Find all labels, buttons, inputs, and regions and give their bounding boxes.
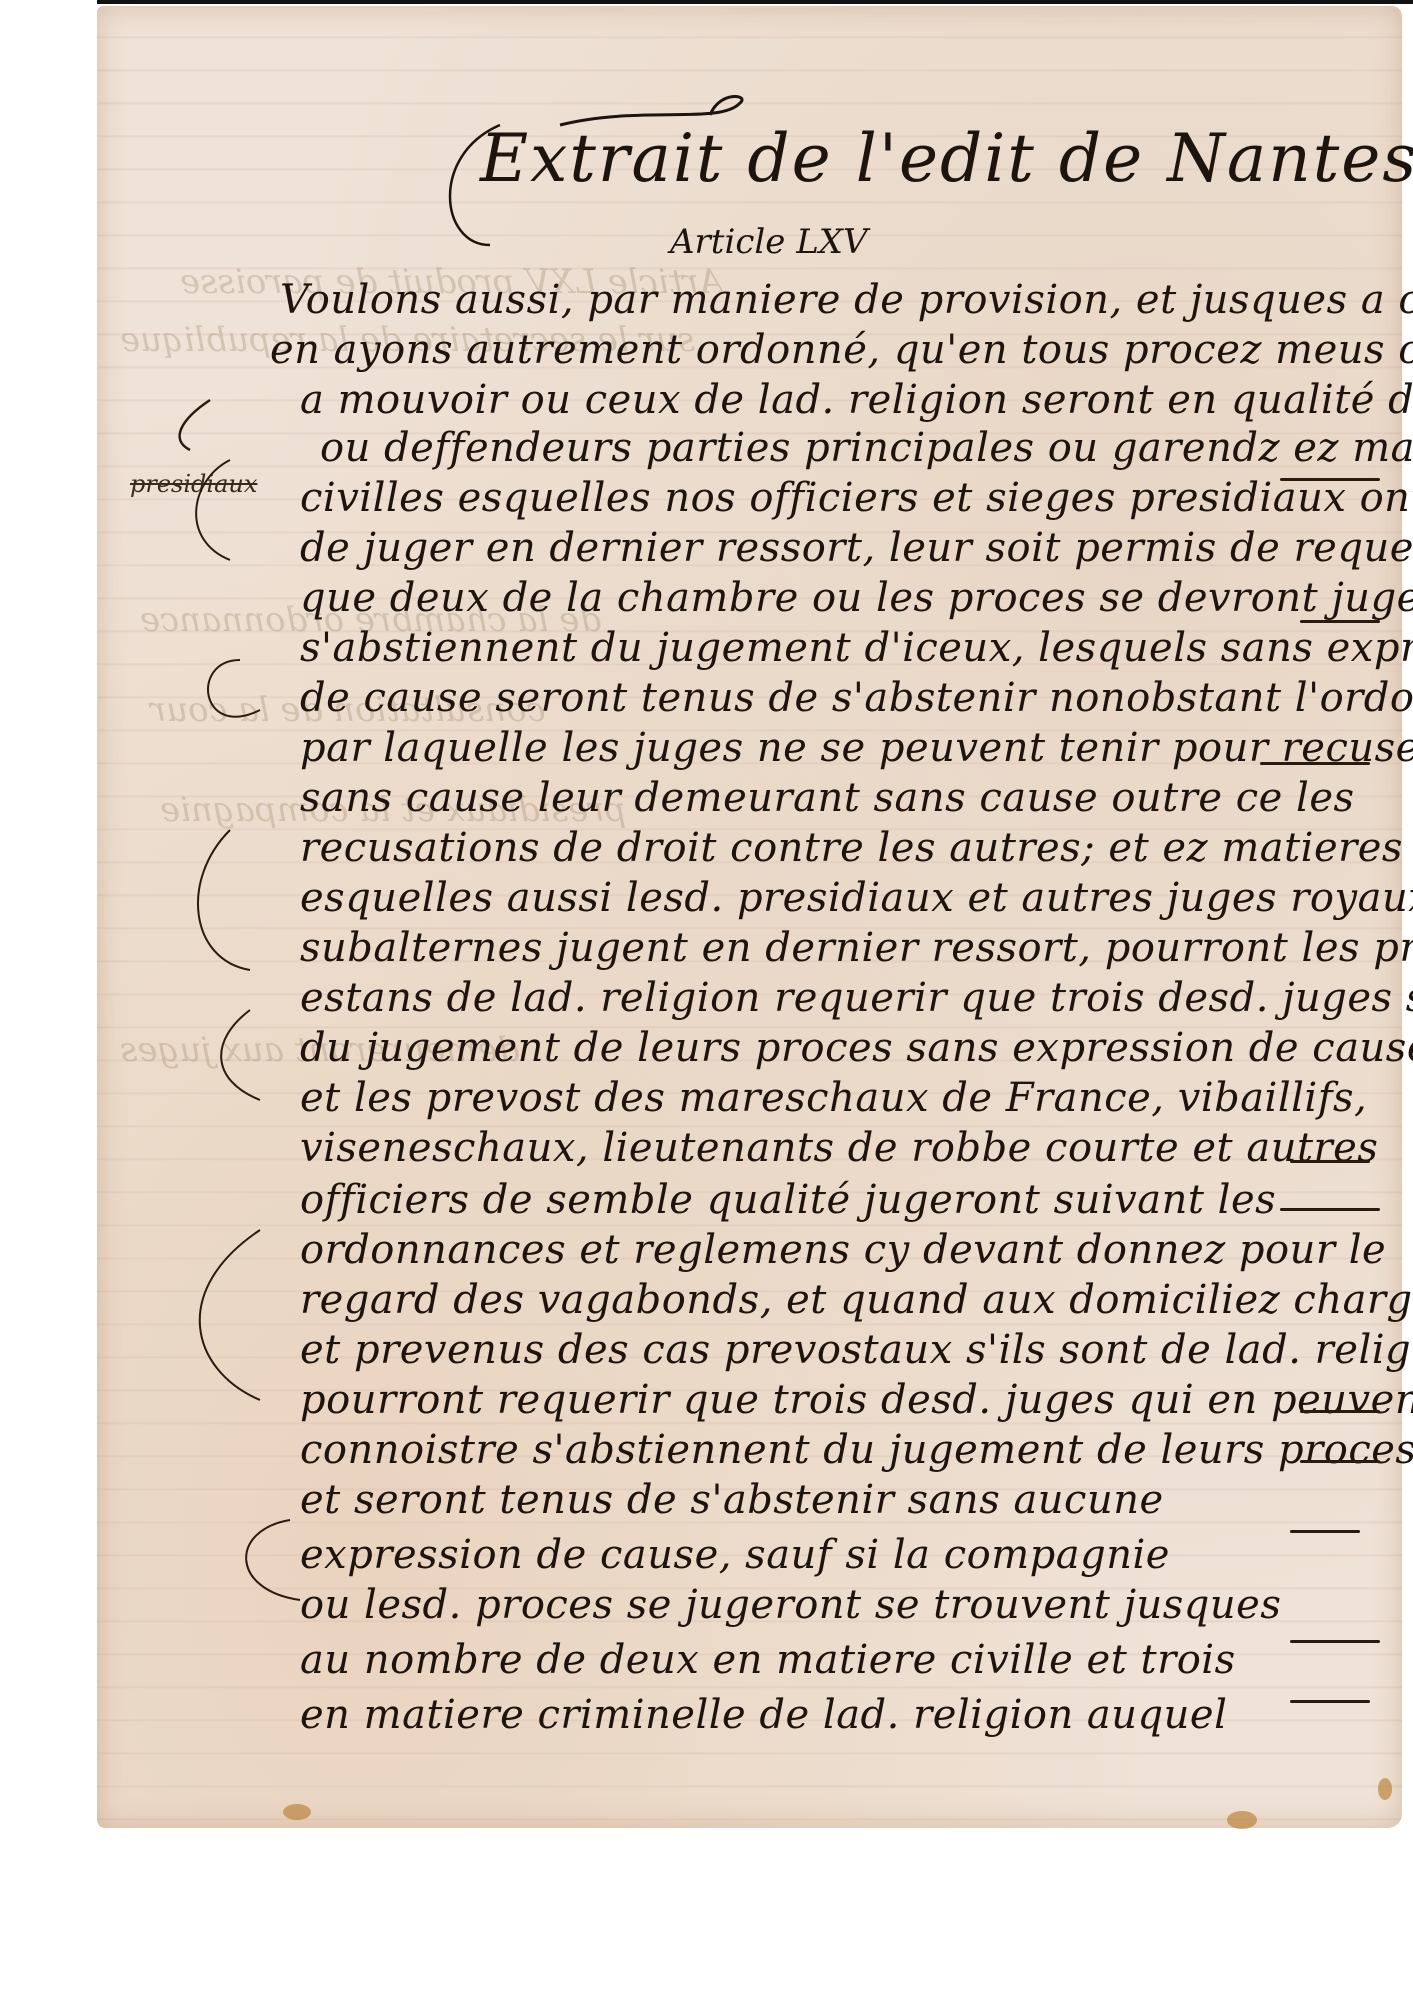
margin-flourish-icon	[150, 360, 310, 1660]
text-line: viseneschaux, lieutenants de robbe court…	[300, 1128, 1378, 1168]
text-line: expression de cause, sauf si la compagni…	[300, 1535, 1170, 1575]
text-line: officiers de semble qualité jugeront sui…	[300, 1180, 1276, 1220]
line-filler-dash	[1260, 762, 1370, 765]
text-line: civilles esquelles nos officiers et sieg…	[300, 478, 1413, 518]
text-line: ou lesd. proces se jugeront se trouvent …	[300, 1585, 1281, 1625]
text-line: pourront requerir que trois desd. juges …	[300, 1380, 1413, 1420]
text-line: esquelles aussi lesd. presidiaux et autr…	[300, 878, 1413, 918]
text-line: et les prevost des mareschaux de France,…	[300, 1078, 1367, 1118]
text-line: ou deffendeurs parties principales ou ga…	[320, 428, 1413, 468]
text-line: que deux de la chambre ou les proces se …	[300, 578, 1413, 618]
article-heading: Article LXV	[670, 222, 868, 262]
line-filler-dash	[1300, 1460, 1380, 1463]
text-line: et prevenus des cas prevostaux s'ils son…	[300, 1330, 1413, 1370]
text-line: de cause seront tenus de s'abstenir nono…	[300, 678, 1413, 718]
line-filler-dash	[1280, 478, 1380, 481]
text-line: et seront tenus de s'abstenir sans aucun…	[300, 1480, 1164, 1520]
line-filler-dash	[1300, 620, 1380, 623]
text-line: Voulons aussi, par maniere de provision,…	[280, 280, 1413, 320]
line-filler-dash	[1290, 1530, 1360, 1533]
text-line: a mouvoir ou ceux de lad. religion seron…	[300, 380, 1413, 420]
text-line: de juger en dernier ressort, leur soit p…	[300, 528, 1413, 568]
text-line: ordonnances et reglemens cy devant donne…	[300, 1230, 1386, 1270]
text-line: recusations de droit contre les autres; …	[300, 828, 1413, 868]
ink-stain	[283, 1804, 311, 1820]
text-line: sans cause leur demeurant sans cause out…	[300, 778, 1355, 818]
text-line: du jugement de leurs proces sans express…	[300, 1028, 1413, 1068]
line-filler-dash	[1300, 1410, 1380, 1413]
scan-top-edge	[97, 0, 1413, 4]
ink-stain	[1227, 1811, 1257, 1829]
text-line: au nombre de deux en matiere civille et …	[300, 1640, 1236, 1680]
page-title: Extrait de l'edit de Nantes	[480, 120, 1413, 197]
ink-stain	[1378, 1778, 1392, 1800]
text-line: subalternes jugent en dernier ressort, p…	[300, 928, 1413, 968]
line-filler-dash	[1290, 1700, 1370, 1703]
text-line: en matiere criminelle de lad. religion a…	[300, 1695, 1227, 1735]
line-filler-dash	[1290, 1640, 1380, 1643]
text-line: s'abstiennent du jugement d'iceux, lesqu…	[300, 628, 1413, 668]
text-line: regard des vagabonds, et quand aux domic…	[300, 1280, 1413, 1320]
line-filler-dash	[1290, 1160, 1370, 1163]
line-filler-dash	[1280, 1208, 1380, 1211]
text-line: connoistre s'abstiennent du jugement de …	[300, 1430, 1413, 1470]
text-line: par laquelle les juges ne se peuvent ten…	[300, 728, 1413, 768]
text-line: en ayons autrement ordonné, qu'en tous p…	[270, 330, 1413, 370]
text-line: estans de lad. religion requerir que tro…	[300, 978, 1413, 1018]
